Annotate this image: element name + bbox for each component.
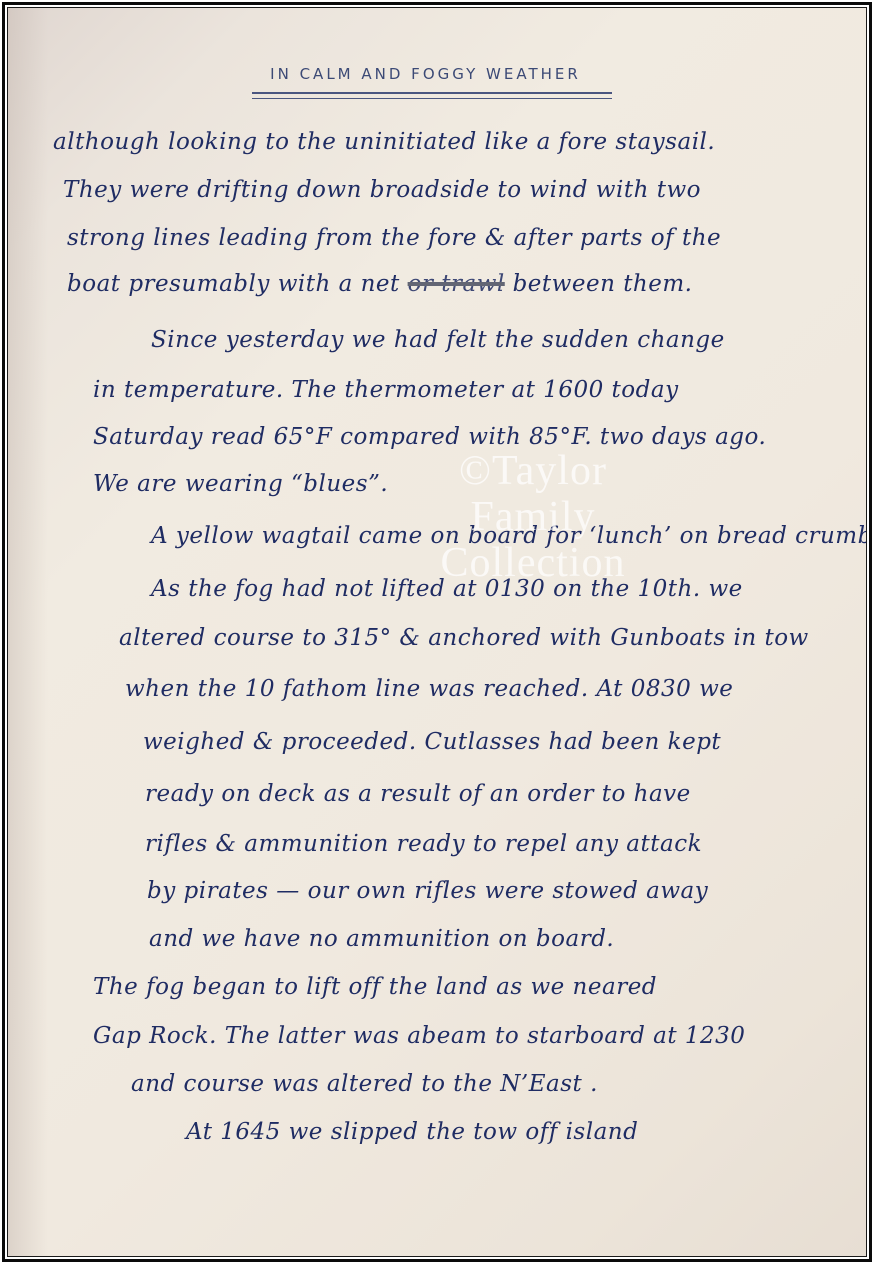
- watermark-line-1: ©Taylor: [393, 448, 673, 494]
- text-line: rifles & ammunition ready to repel any a…: [145, 831, 702, 857]
- copyright-watermark: ©Taylor Family Collection: [393, 448, 673, 586]
- text-line: when the 10 fathom line was reached. At …: [125, 676, 733, 702]
- text-line: although looking to the uninitiated like…: [53, 129, 715, 155]
- text-line: strong lines leading from the fore & aft…: [67, 225, 721, 251]
- text-line: Since yesterday we had felt the sudden c…: [151, 327, 725, 353]
- page-heading: IN CALM AND FOGGY WEATHER: [238, 65, 613, 83]
- text-line: They were drifting down broadside to win…: [63, 177, 701, 203]
- text-line: At 1645 we slipped the tow off island: [186, 1119, 638, 1145]
- text-segment: boat presumably with a net: [67, 271, 408, 297]
- text-line: weighed & proceeded. Cutlasses had been …: [143, 729, 721, 755]
- text-line: by pirates — our own rifles were stowed …: [147, 878, 708, 904]
- text-line: The fog began to lift off the land as we…: [93, 974, 657, 1000]
- photo-frame: IN CALM AND FOGGY WEATHER although looki…: [0, 0, 874, 1264]
- journal-page: IN CALM AND FOGGY WEATHER although looki…: [7, 7, 867, 1257]
- text-line: As the fog had not lifted at 0130 on the…: [151, 576, 743, 602]
- text-line: boat presumably with a net or trawl betw…: [67, 271, 692, 297]
- text-line: ready on deck as a result of an order to…: [145, 781, 691, 807]
- heading-underline-2: [252, 98, 612, 99]
- struck-through-text: or trawl: [408, 271, 505, 297]
- text-line: in temperature. The thermometer at 1600 …: [93, 377, 679, 403]
- text-line: Gap Rock. The latter was abeam to starbo…: [93, 1023, 745, 1049]
- text-line: A yellow wagtail came on board for ‘lunc…: [151, 523, 867, 549]
- text-line: altered course to 315° & anchored with G…: [119, 625, 809, 651]
- heading-underline-1: [252, 92, 612, 94]
- text-line: Saturday read 65°F compared with 85°F. t…: [93, 424, 766, 450]
- text-line: We are wearing “blues”.: [93, 471, 388, 497]
- text-line: and we have no ammunition on board.: [149, 926, 614, 952]
- text-line: and course was altered to the N’East .: [131, 1071, 598, 1097]
- text-segment: between them.: [505, 271, 693, 297]
